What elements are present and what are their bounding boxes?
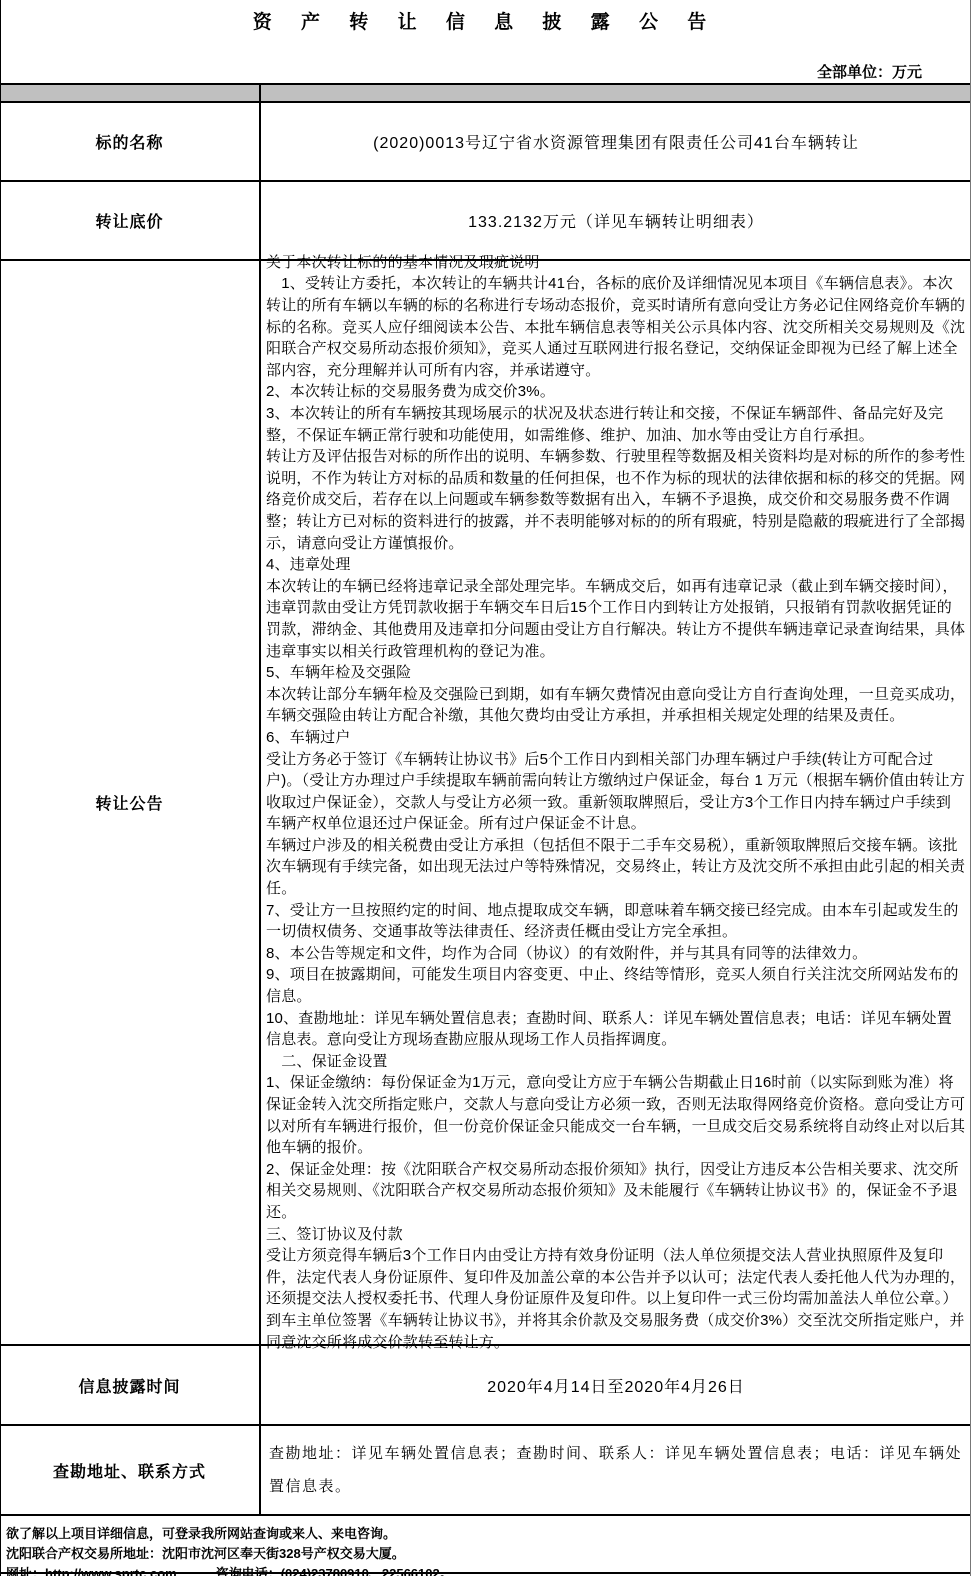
row-value-transfer-announcement: 关于本次转让标的的基本情况及瑕疵说明 1、受转让方委托，本次转让的车辆共计41台… [261,261,971,1344]
page-title: 资 产 转 让 信 息 披 露 公 告 [1,0,970,34]
footer-line: 网址：http://www.sprtc.com 咨询电话：(024)237809… [6,1564,965,1576]
header-band-value-cell [261,85,971,101]
header-band-label-cell [0,85,261,101]
announcement-paragraph: 4、违章处理 [266,554,966,576]
row-value-subject-name: (2020)0013号辽宁省水资源管理集团有限责任公司41台车辆转让 [261,103,971,180]
row-value-survey-contact: 查勘地址：详见车辆处置信息表；查勘时间、联系人：详见车辆处置信息表；电话：详见车… [261,1426,971,1514]
table-row-survey-contact: 查勘地址、联系方式 查勘地址：详见车辆处置信息表；查勘时间、联系人：详见车辆处置… [0,1426,971,1516]
table-row-transfer-announcement: 转让公告 关于本次转让标的的基本情况及瑕疵说明 1、受转让方委托，本次转让的车辆… [0,261,971,1346]
row-label-survey-contact: 查勘地址、联系方式 [0,1426,261,1514]
announcement-paragraph: 9、项目在披露期间，可能发生项目内容变更、中止、终结等情形，竞买人须自行关注沈交… [266,964,966,1007]
row-label-base-price: 转让底价 [0,182,261,259]
table-row-base-price: 转让底价 133.2132万元（详见车辆转让明细表） [0,182,971,261]
announcement-paragraph: 2、保证金处理：按《沈阳联合产权交易所动态报价须知》执行，因受让方违反本公告相关… [266,1159,966,1224]
announcement-paragraph: 关于本次转让标的的基本情况及瑕疵说明 [266,252,966,274]
row-label-disclosure-period: 信息披露时间 [0,1346,261,1424]
announcement-paragraph: 二、保证金设置 [266,1051,966,1073]
disclosure-table: 标的名称 (2020)0013号辽宁省水资源管理集团有限责任公司41台车辆转让 … [0,83,971,1516]
announcement-paragraph: 本次转让部分车辆年检及交强险已到期，如有车辆欠费情况由意向受让方自行查询处理，一… [266,684,966,727]
announcement-paragraph: 1、受转让方委托，本次转让的车辆共计41台，各标的底价及详细情况见本项目《车辆信… [266,273,966,381]
table-row-disclosure-period: 信息披露时间 2020年4月14日至2020年4月26日 [0,1346,971,1426]
bottom-rule [1,1572,970,1574]
announcement-paragraph: 转让方及评估报告对标的所作出的说明、车辆参数、行驶里程等数据及相关资料均是对标的… [266,446,966,554]
announcement-paragraph: 1、保证金缴纳：每份保证金为1万元，意向受让方应于车辆公告期截止日16时前（以实… [266,1072,966,1158]
announcement-paragraph: 三、签订协议及付款 [266,1224,966,1246]
row-value-base-price: 133.2132万元（详见车辆转让明细表） [261,182,971,259]
page-footer: 欲了解以上项目详细信息，可登录我所网站查询或来人、来电咨询。沈阳联合产权交易所地… [1,1516,970,1576]
unit-note: 全部单位：万元 [1,61,970,83]
announcement-paragraph: 6、车辆过户 [266,727,966,749]
table-row-subject-name: 标的名称 (2020)0013号辽宁省水资源管理集团有限责任公司41台车辆转让 [0,103,971,182]
announcement-document: 资 产 转 让 信 息 披 露 公 告 全部单位：万元 标的名称 (2020)0… [0,0,971,1576]
announcement-paragraph: 10、查勘地址：详见车辆处置信息表；查勘时间、联系人：详见车辆处置信息表；电话：… [266,1008,966,1051]
table-header-band [0,85,971,103]
announcement-paragraph: 7、受让方一旦按照约定的时间、地点提取成交车辆，即意味着车辆交接已经完成。由本车… [266,900,966,943]
announcement-paragraph: 3、本次转让的所有车辆按其现场展示的状况及状态进行转让和交接，不保证车辆部件、备… [266,403,966,446]
announcement-paragraph: 本次转让的车辆已经将违章记录全部处理完毕。车辆成交后，如再有违章记录（截止到车辆… [266,576,966,662]
row-label-transfer-announcement: 转让公告 [0,261,261,1344]
announcement-paragraph: 2、本次转让标的交易服务费为成交价3%。 [266,381,966,403]
footer-line: 欲了解以上项目详细信息，可登录我所网站查询或来人、来电咨询。 [6,1524,965,1544]
row-label-subject-name: 标的名称 [0,103,261,180]
announcement-paragraph: 5、车辆年检及交强险 [266,662,966,684]
announcement-paragraph: 受让方须竞得车辆后3个工作日内由受让方持有效身份证明（法人单位须提交法人营业执照… [266,1245,966,1353]
announcement-paragraph: 8、本公告等规定和文件，均作为合同（协议）的有效附件，并与其具有同等的法律效力。 [266,943,966,965]
announcement-paragraph: 受让方务必于签订《车辆转让协议书》后5个工作日内到相关部门办理车辆过户手续(转让… [266,749,966,835]
footer-line: 沈阳联合产权交易所地址：沈阳市沈河区奉天街328号产权交易大厦。 [6,1544,965,1564]
announcement-paragraph: 车辆过户涉及的相关税费由受让方承担（包括但不限于二手车交易税），重新领取牌照后交… [266,835,966,900]
row-value-disclosure-period: 2020年4月14日至2020年4月26日 [261,1346,971,1424]
